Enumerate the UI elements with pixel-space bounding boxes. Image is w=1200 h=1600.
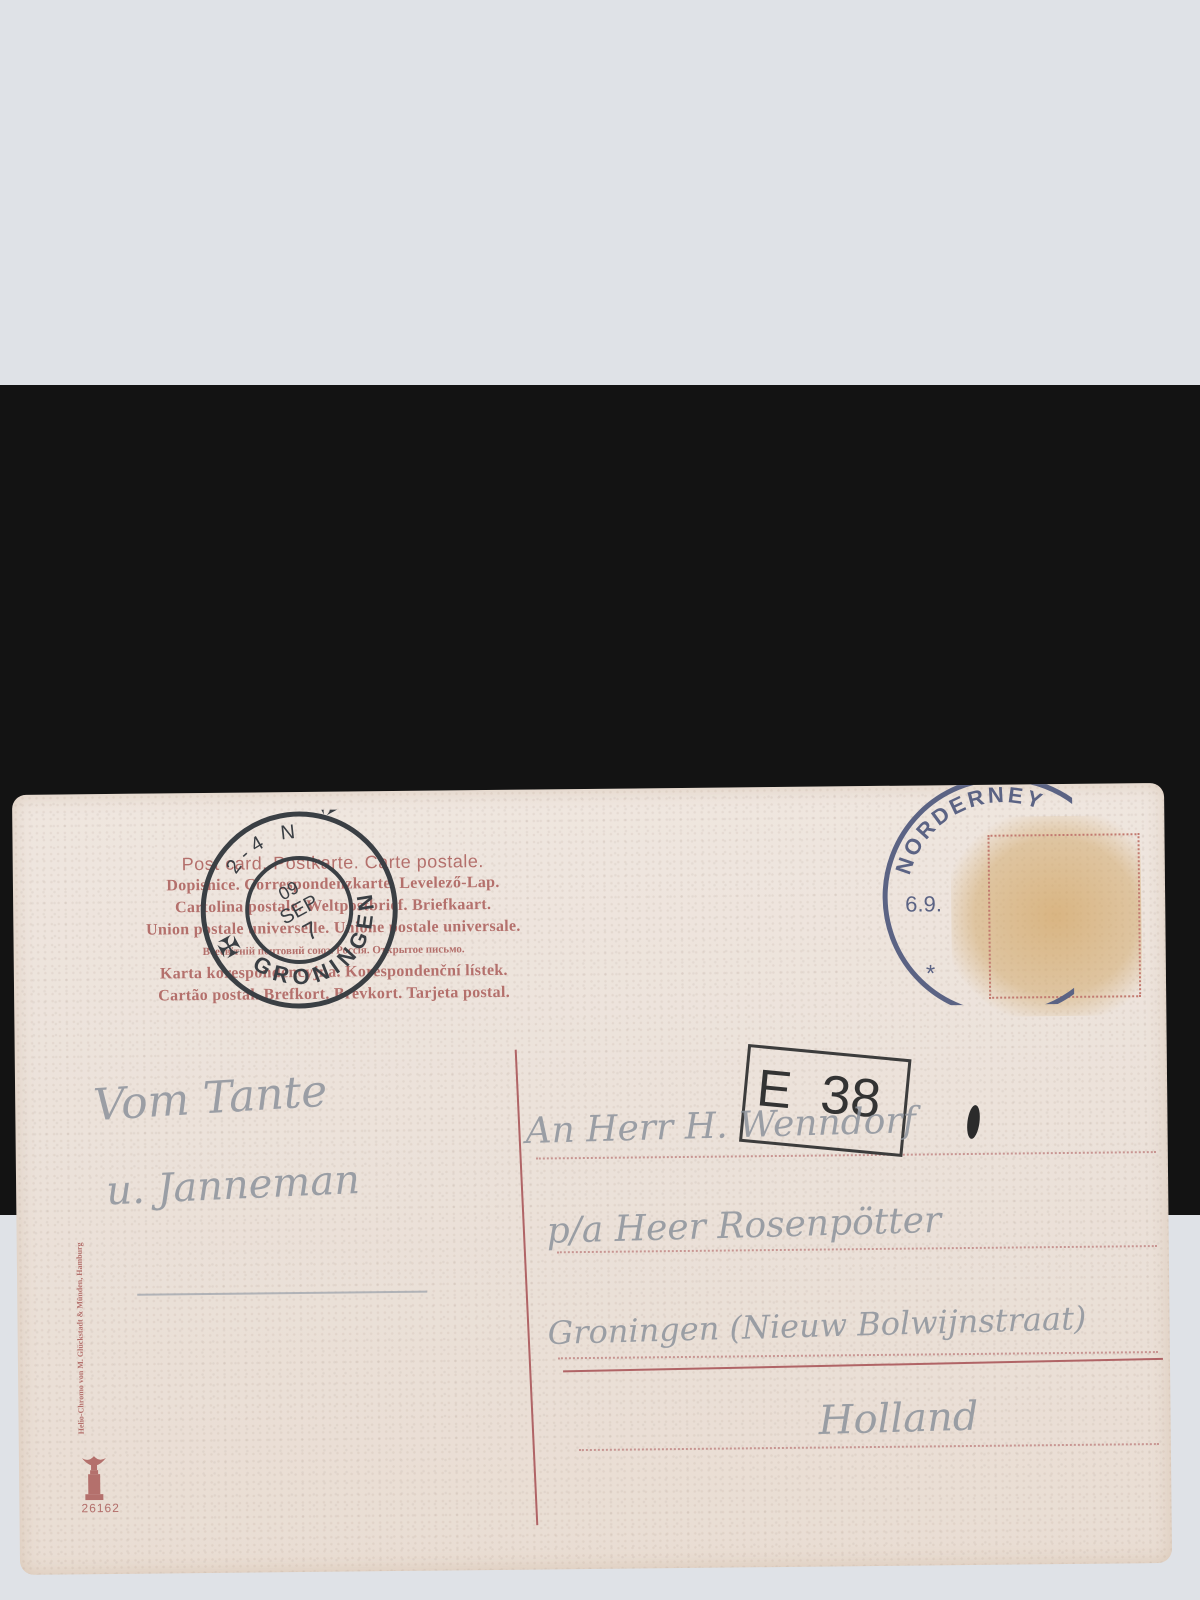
address-line [579,1443,1159,1451]
postmark-date: 6.9. [905,891,942,916]
message-line: Vom Tante [92,1066,329,1132]
postmark-star: * [926,960,936,987]
photo-backdrop: Post card. Postkarte. Carte postale. Dop… [0,385,1200,1215]
ink-blot [965,1104,981,1139]
address-text: Holland [818,1394,979,1444]
svg-text:NORDERNEY: NORDERNEY [889,784,1048,878]
norderney-postmark: NORDERNEY 6.9. * [872,784,1074,1006]
address-text: p/a Heer Rosenpötter [546,1200,942,1252]
groningen-postmark: GRONINGEN 2-4 N 09 SEP 7 ✠ ✠ [188,809,410,1011]
message-line: u. Janneman [105,1157,361,1214]
postcard: Post card. Postkarte. Carte postale. Dop… [12,783,1172,1575]
serial-number: 26162 [81,1501,120,1515]
publisher-imprint: Helio-Chromo von M. Glückstadt & Münden,… [75,1242,86,1434]
message-underline [137,1291,427,1296]
address-line [558,1351,1158,1359]
address-underline [563,1358,1163,1373]
address-text: Groningen (Nieuw Bolwijnstraat) [547,1299,1087,1352]
publisher-logo-icon [81,1454,107,1500]
address-line [536,1151,1156,1159]
postmark-city: NORDERNEY [889,784,1048,878]
postmark-day: 7 [299,916,324,946]
